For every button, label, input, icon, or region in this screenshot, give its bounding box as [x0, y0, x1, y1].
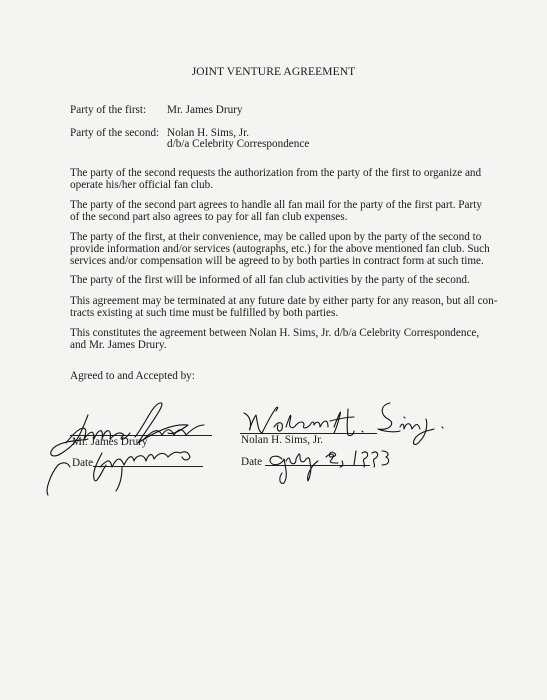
paragraph-authorization: The party of the second requests the aut… [70, 167, 480, 191]
party-first-label: Party of the first: [70, 104, 146, 117]
paragraph-informed: The party of the first will be informed … [70, 274, 480, 286]
party-second-label: Party of the second: [70, 127, 159, 140]
paragraph-constitutes: This constitutes the agreement between N… [70, 327, 480, 351]
paragraph-fan-mail: The party of the second part agrees to h… [70, 199, 480, 223]
handwritten-signature-sims [230, 395, 470, 495]
paragraph-termination: This agreement may be terminated at any … [70, 295, 480, 319]
document-title: JOINT VENTURE AGREEMENT [0, 66, 547, 78]
document-page: JOINT VENTURE AGREEMENT Party of the fir… [0, 0, 547, 700]
party-first-value: Mr. James Drury [167, 104, 243, 117]
handwritten-signature-drury [40, 395, 240, 495]
party-second-dba: d/b/a Celebrity Correspondence [167, 138, 309, 151]
accepted-label: Agreed to and Accepted by: [70, 370, 195, 383]
paragraph-services: The party of the first, at their conveni… [70, 231, 480, 268]
